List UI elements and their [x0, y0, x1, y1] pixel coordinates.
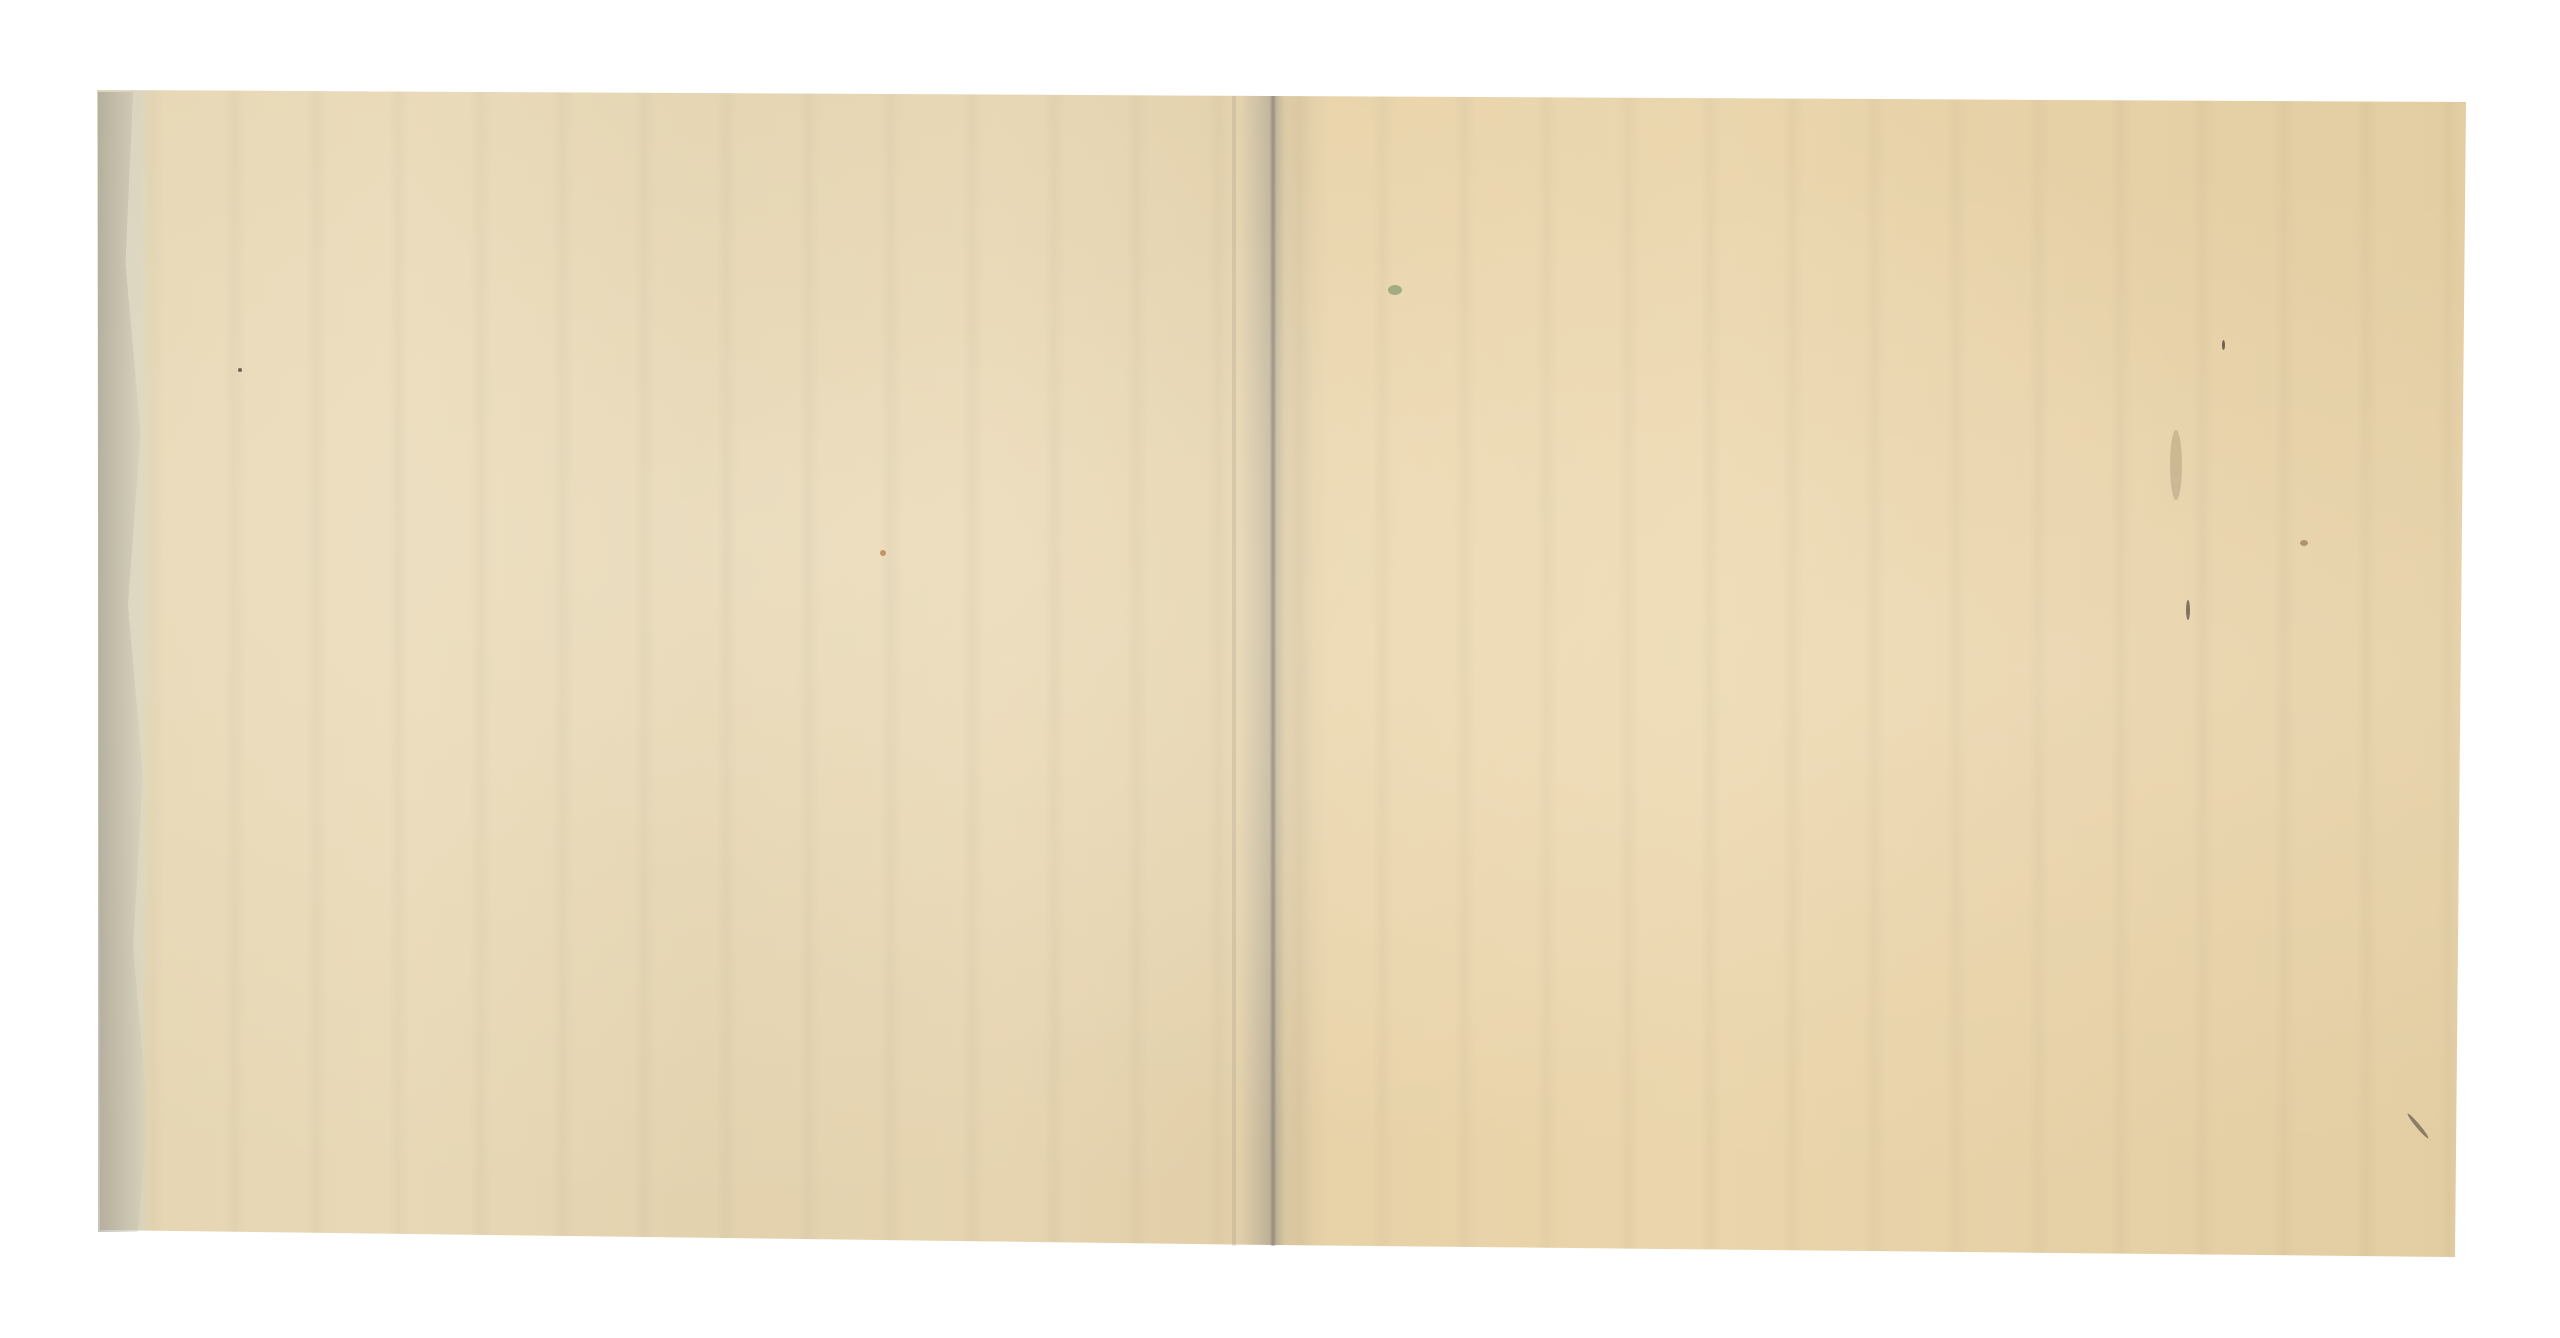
secondary-crease	[1232, 96, 1236, 1246]
paper-texture	[0, 0, 2560, 1338]
stain-mark	[2186, 600, 2190, 620]
center-fold	[1270, 96, 1276, 1246]
ink-dot	[238, 368, 242, 372]
photo-scene	[0, 0, 2560, 1338]
stain-mark	[2300, 540, 2308, 546]
stain-mark	[2170, 430, 2182, 500]
rust-spot	[880, 550, 886, 556]
ink-dot	[2222, 340, 2225, 350]
green-spot	[1388, 285, 1402, 295]
